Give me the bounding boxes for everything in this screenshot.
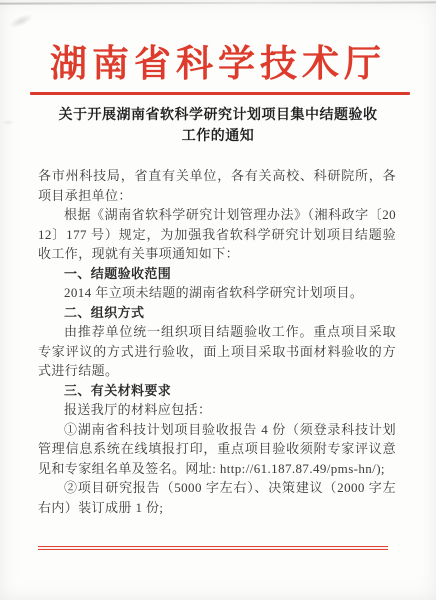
intro-paragraph: 根据《湖南省软科学研究计划管理办法》（湘科政字〔2012〕177 号）规定，为加…: [38, 205, 396, 264]
section-3-paragraph-3: ②项目研究报告（5000 字左右）、决策建议（2000 字左右内）装订成册 1 …: [38, 478, 396, 517]
section-3-heading: 三、有关材料要求: [38, 381, 396, 401]
section-2-paragraph-1: 由推荐单位统一组织项目结题验收工作。重点项目采取专家评议的方式进行验收，面上项目…: [38, 322, 396, 381]
document-title-line2: 工作的通知: [28, 125, 408, 146]
salutation-paragraph: 各市州科技局，省直有关单位，各有关高校、科研院所，各项目承担单位：: [38, 166, 396, 205]
document-body: 各市州科技局，省直有关单位，各有关高校、科研院所，各项目承担单位： 根据《湖南省…: [38, 166, 396, 517]
agency-letterhead-title: 湖南省科学技术厅: [0, 41, 436, 89]
letterhead-red-rule: [30, 92, 410, 95]
footer-red-double-rule: [38, 546, 388, 550]
scan-artifact-top-edge: [0, 1, 436, 4]
scan-artifact-smudge: [7, 11, 35, 31]
section-1-paragraph-1: 2014 年立项未结题的湖南省软科学研究计划项目。: [38, 283, 396, 303]
section-1-heading: 一、结题验收范围: [38, 264, 396, 284]
scanned-document-page: 湖南省科学技术厅 关于开展湖南省软科学研究计划项目集中结题验收 工作的通知 各市…: [0, 0, 436, 600]
document-title-line1: 关于开展湖南省软科学研究计划项目集中结题验收: [28, 104, 408, 125]
document-title: 关于开展湖南省软科学研究计划项目集中结题验收 工作的通知: [28, 104, 408, 146]
section-3-paragraph-1: 报送我厅的材料应包括：: [38, 400, 396, 420]
section-3-paragraph-2: ①湖南省科技计划项目验收报告 4 份（须登录科技计划管理信息系统在线填报打印，重…: [38, 420, 396, 479]
scan-artifact-smudge: [2, 120, 14, 125]
section-2-heading: 二、组织方式: [38, 303, 396, 323]
